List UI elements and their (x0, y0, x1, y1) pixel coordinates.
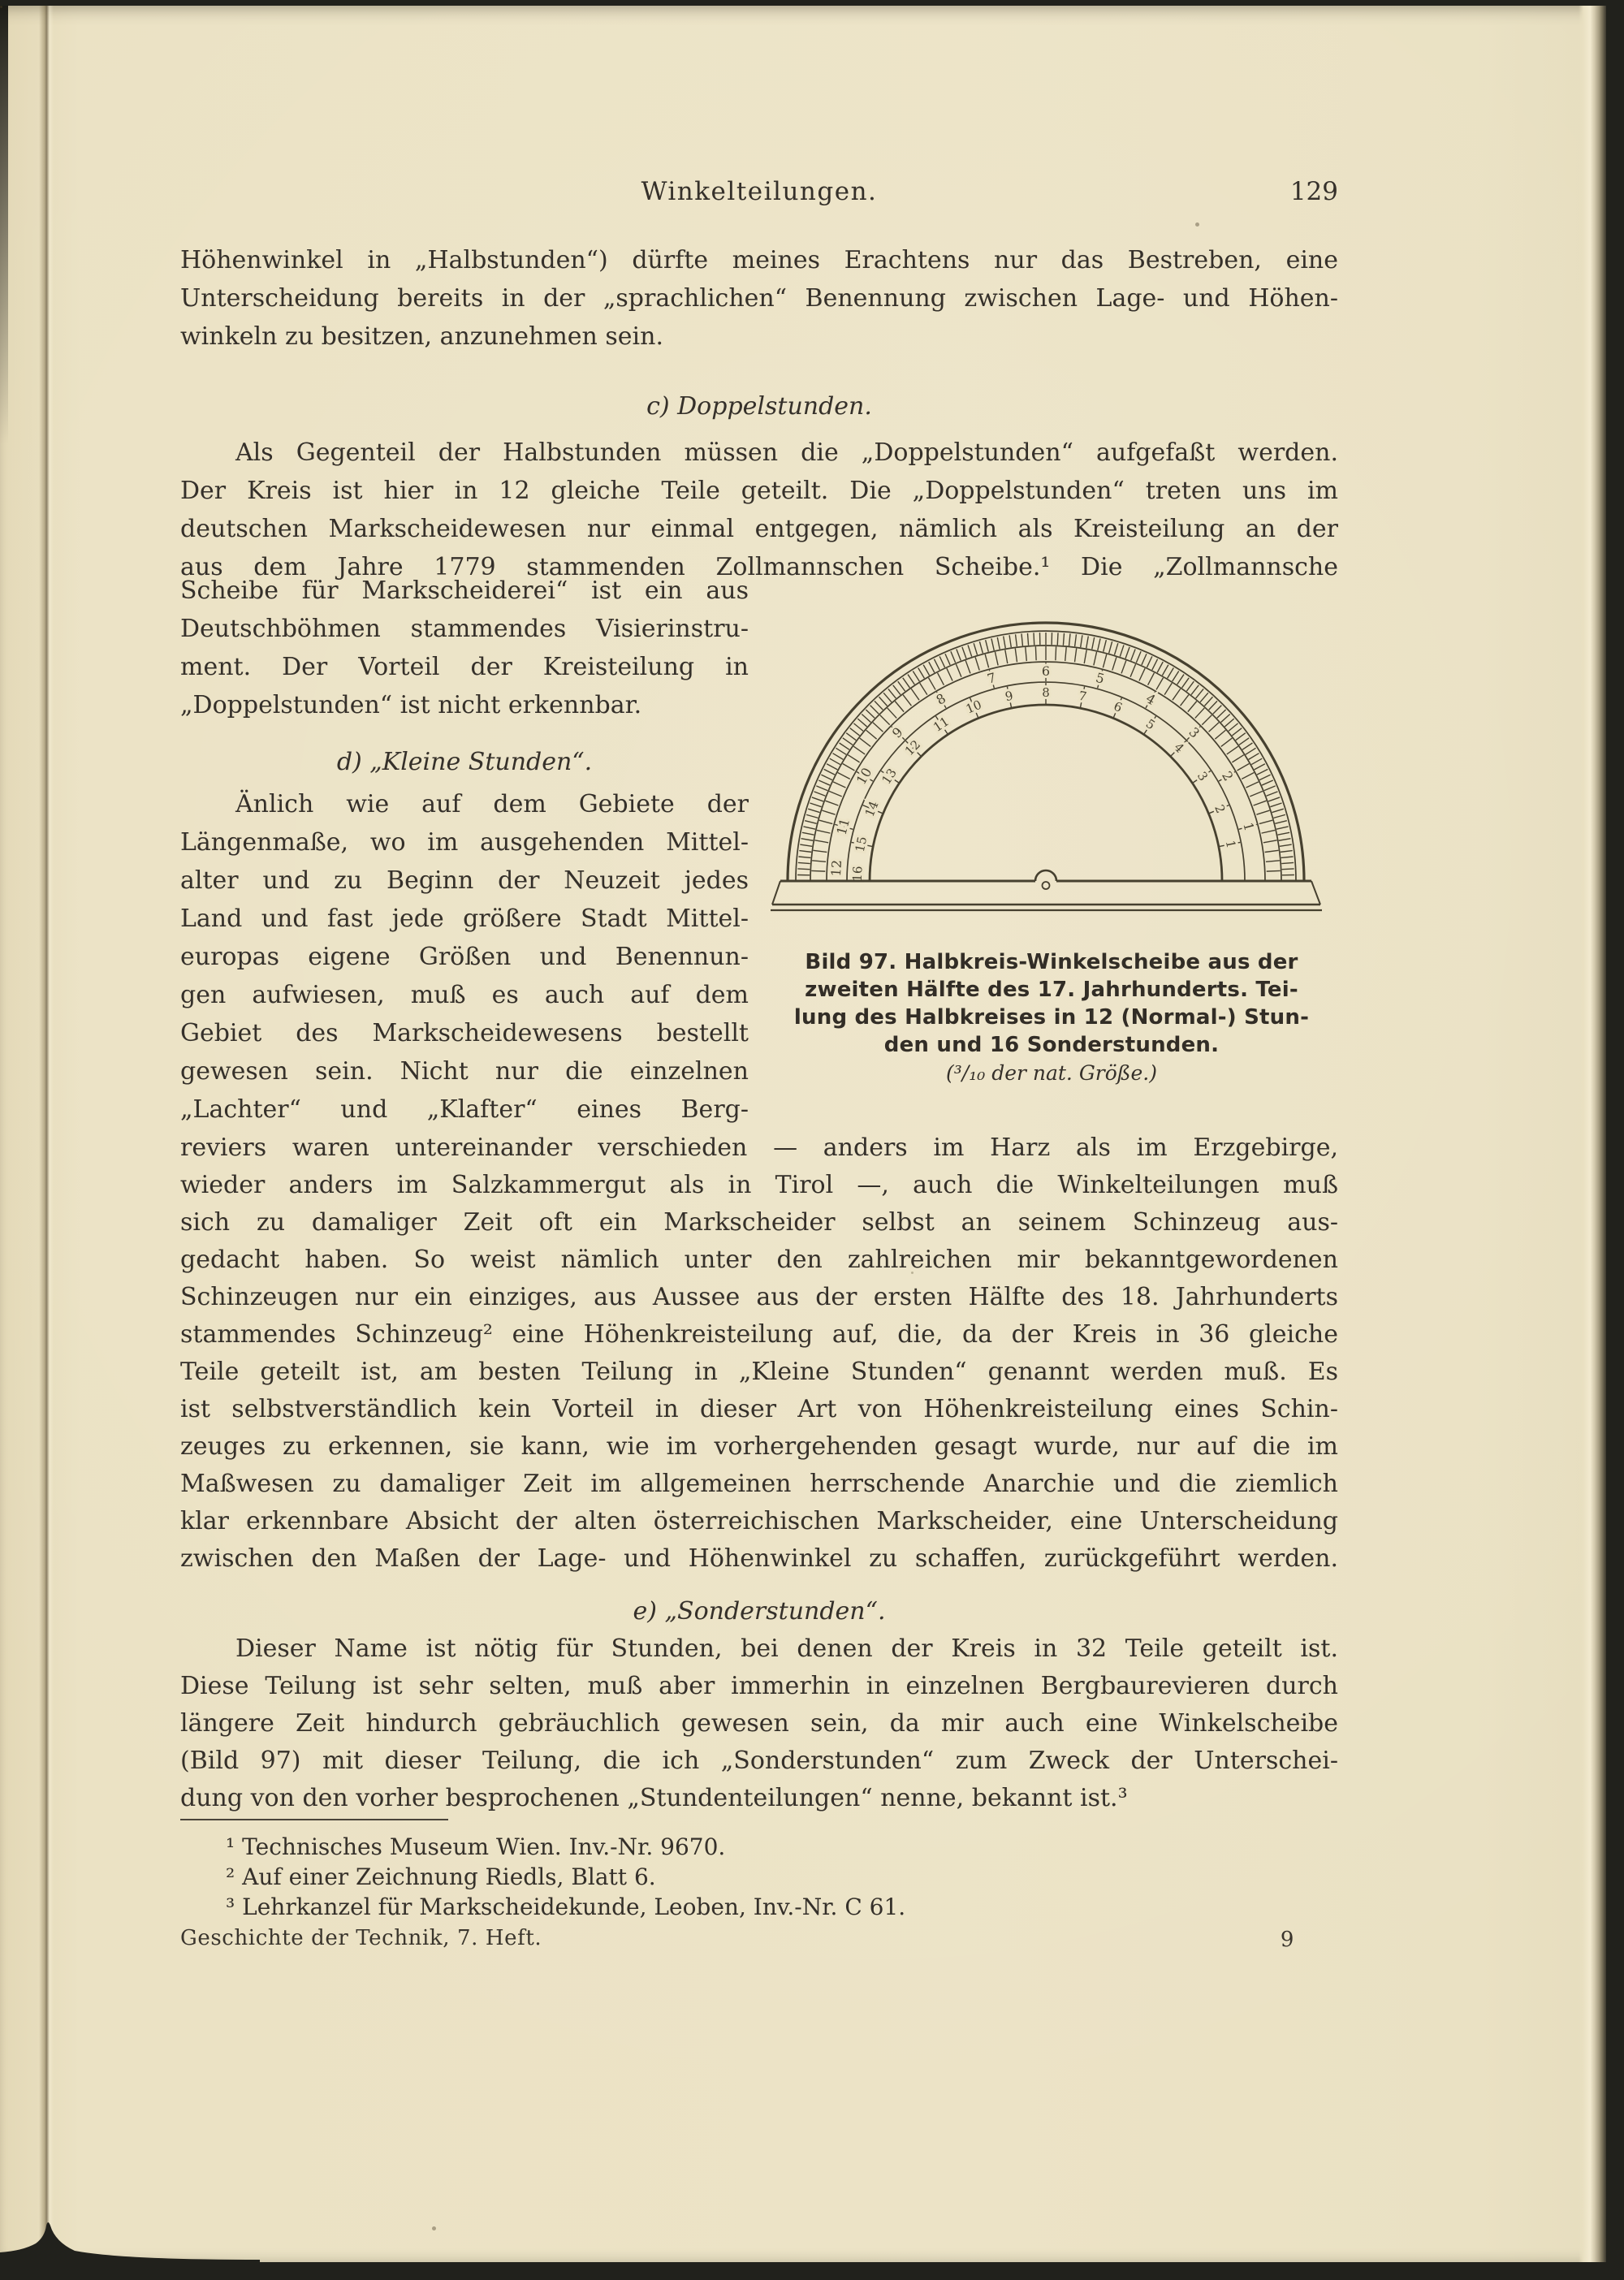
section-heading-e: e) „Sonderstunden“. (180, 1593, 1338, 1630)
page-edge-stack (1579, 6, 1606, 2262)
figure-caption-line: den und 16 Sonderstunden. (771, 1031, 1332, 1059)
body-line: klar erkennbare Absicht der alten österr… (180, 1503, 1338, 1540)
footnote-2: ² Auf einer Zeichnung Riedls, Blatt 6. (226, 1862, 1338, 1892)
svg-text:2: 2 (1212, 802, 1228, 815)
body-line: gen aufwiesen, muß es auch auf dem (180, 977, 749, 1014)
signature-number: 9 (180, 1926, 1294, 1954)
body-line: Dieser Name ist nötig für Stunden, bei d… (180, 1630, 1338, 1668)
svg-text:10: 10 (964, 697, 984, 717)
body-line: Als Gegenteil der Halbstunden müssen die… (180, 434, 1338, 472)
svg-text:6: 6 (1112, 699, 1125, 715)
svg-text:15: 15 (853, 836, 870, 853)
section-heading-d: d) „Kleine Stunden“. (180, 744, 749, 781)
svg-text:14: 14 (862, 799, 882, 819)
body-line: Land und fast jede größere Stadt Mittel- (180, 900, 749, 938)
figure-caption-line: lung des Halbkreises in 12 (Normal-) Stu… (771, 1004, 1332, 1031)
figure-caption-line: Bild 97. Halbkreis-Winkelscheibe aus der (771, 948, 1332, 976)
body-line: Gebiet des Markscheidewesens bestellt (180, 1015, 749, 1052)
body-line: Änlich wie auf dem Gebiete der (180, 786, 749, 823)
body-line: Längenmaße, wo im ausgehenden Mittel- (180, 824, 749, 861)
svg-text:12: 12 (828, 859, 844, 876)
body-line: europas eigene Größen und Benennun- (180, 939, 749, 976)
footnote-rule (180, 1819, 448, 1820)
body-line: zwischen den Maßen der Lage- und Höhenwi… (180, 1540, 1338, 1578)
dust-specks (0, 6, 2, 8)
body-line: wieder anders im Salzkammergut als in Ti… (180, 1167, 1338, 1204)
svg-text:8: 8 (1042, 685, 1050, 700)
body-line: reviers waren untereinander verschieden … (180, 1129, 1338, 1167)
svg-text:1: 1 (1240, 821, 1257, 833)
body-line: „Doppelstunden“ ist nicht erkennbar. (180, 687, 749, 724)
body-line: längere Zeit hindurch gebräuchlich gewes… (180, 1705, 1338, 1742)
svg-text:5: 5 (1143, 716, 1158, 732)
body-line: Schinzeugen nur ein einziges, aus Aussee… (180, 1279, 1338, 1316)
body-line: Der Kreis ist hier in 12 gleiche Teile g… (180, 473, 1338, 510)
svg-text:7: 7 (986, 670, 998, 687)
svg-text:8: 8 (934, 690, 948, 708)
body-line: Unterscheidung bereits in der „sprachlic… (180, 280, 1338, 317)
body-line: „Lachter“ und „Klafter“ eines Berg- (180, 1091, 749, 1129)
gutter-crease (39, 6, 54, 2262)
svg-text:2: 2 (1219, 769, 1237, 784)
body-line: deutschen Markscheidewesen nur einmal en… (180, 511, 1338, 548)
body-line: dung von den vorher besprochenen „Stunde… (180, 1780, 1338, 1817)
body-line: Scheibe für Markscheiderei“ ist ein aus (180, 572, 749, 610)
body-line: ment. Der Vorteil der Kreisteilung in (180, 649, 749, 686)
svg-text:7: 7 (1078, 689, 1088, 705)
svg-text:3: 3 (1194, 769, 1211, 784)
protractor-figure: 12345678910111212345678910111213141516 (767, 611, 1336, 919)
body-line: alter und zu Beginn der Neuzeit jedes (180, 862, 749, 900)
footnote-3: ³ Lehrkanzel für Markscheidekunde, Leobe… (226, 1892, 1338, 1922)
svg-text:6: 6 (1042, 663, 1050, 679)
svg-text:1: 1 (1223, 839, 1239, 849)
body-line: zeuges zu erkennen, sie kann, wie im vor… (180, 1428, 1338, 1466)
body-line: sich zu damaliger Zeit oft ein Markschei… (180, 1204, 1338, 1241)
body-line: stammendes Schinzeug² eine Höhenkreistei… (180, 1316, 1338, 1354)
footnote-1: ¹ Technisches Museum Wien. Inv.-Nr. 9670… (226, 1832, 1338, 1862)
body-line: Maßwesen zu damaliger Zeit im allgemeine… (180, 1466, 1338, 1503)
body-line: ist selbstverständlich kein Vorteil in d… (180, 1391, 1338, 1428)
binding-shadow-wedge (0, 2205, 260, 2280)
svg-text:5: 5 (1095, 670, 1107, 687)
svg-text:16: 16 (850, 866, 866, 882)
svg-text:11: 11 (833, 817, 853, 837)
figure-caption-line: zweiten Hälfte des 17. Jahrhunderts. Tei… (771, 976, 1332, 1004)
body-line: Höhenwinkel in „Halbstunden“) dürfte mei… (180, 242, 1338, 279)
body-line: gewesen sein. Nicht nur die einzelnen (180, 1053, 749, 1090)
svg-text:4: 4 (1143, 690, 1158, 708)
left-edge-shadow (0, 6, 8, 444)
page-number: 129 (180, 175, 1338, 209)
book-page-scan: Winkelteilungen. 129 Höhenwinkel in „Hal… (0, 0, 1624, 2280)
body-line: gedacht haben. So weist nämlich unter de… (180, 1241, 1338, 1279)
body-line: Deutschböhmen stammendes Visierinstru- (180, 611, 749, 648)
body-line: Diese Teilung ist sehr selten, muß aber … (180, 1668, 1338, 1705)
figure-scale-note: (³/₁₀ der nat. Größe.) (771, 1060, 1332, 1086)
figure-bild-97: 12345678910111212345678910111213141516 (767, 611, 1336, 919)
svg-text:9: 9 (1004, 689, 1014, 705)
body-line: Teile geteilt ist, am besten Teilung in … (180, 1354, 1338, 1391)
body-line: (Bild 97) mit dieser Teilung, die ich „S… (180, 1742, 1338, 1780)
section-heading-c: c) Doppelstunden. (180, 388, 1338, 425)
body-line: winkeln zu besitzen, anzunehmen sein. (180, 318, 1338, 356)
